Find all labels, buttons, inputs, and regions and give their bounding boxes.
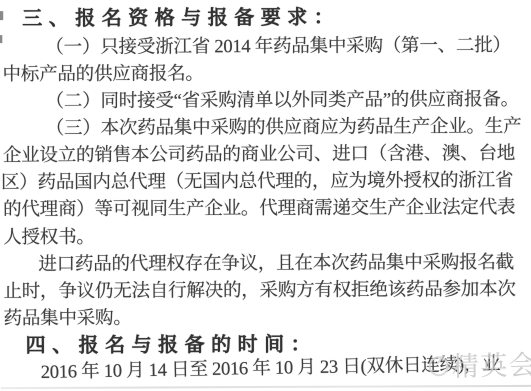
scan-edge-artifact	[0, 35, 2, 43]
bottom-scan-rule	[1, 385, 531, 389]
text-line: 区）药品国内总代理（无国内总代理的，应为境外授权的浙江省	[1, 170, 513, 194]
scan-edge-artifact	[0, 11, 3, 20]
text-line: 人授权书。	[3, 227, 95, 249]
watermark: 精英会	[451, 349, 531, 383]
text-line: 止时，争议仍无法自行解决的，采购方有权拒绝该药品参加本次	[3, 279, 515, 303]
text-line: （一）只接受浙江省 2014 年药品集中采购（第一、二批）	[45, 35, 511, 59]
text-line: 的代理商）等可视同生产企业。代理商需递交生产企业法定代表	[3, 197, 515, 221]
text-line: 中标产品的供应商报名。	[2, 63, 203, 86]
text-line: 企业设立的销售本公司药品的商业公司、进口（含港、澳、台地	[3, 143, 515, 167]
watermark-logo-icon	[429, 356, 449, 376]
text-line: （二）同时接受“省采购清单以外同类产品”的供应商报备。	[46, 89, 519, 113]
section-heading-4: 四、报名与报备的时间：	[26, 333, 318, 358]
document-page: 三、报名资格与报备要求： （一）只接受浙江省 2014 年药品集中采购（第一、二…	[0, 0, 531, 391]
section-heading-3: 三、报名资格与报备要求：	[22, 6, 340, 31]
text-line: 药品集中采购。	[3, 308, 131, 331]
text-line: （三）本次药品集中采购的供应商应为药品生产企业。生产	[46, 116, 522, 140]
text-line: 进口药品的代理权存在争议，且在本次药品集中采购报名截	[38, 252, 514, 276]
